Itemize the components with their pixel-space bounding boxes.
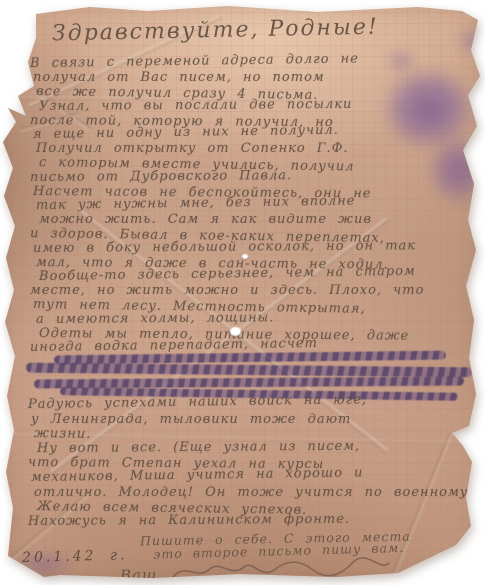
censor-bar <box>54 351 446 365</box>
crease-horizontal-top <box>10 96 470 103</box>
letter-line: месте, но жить можно и здесь. Плохо, что <box>30 284 424 298</box>
letter-line: тут нет лесу. Местность открытая, <box>33 298 425 318</box>
crease-bottom-right-fold <box>392 432 453 574</box>
letter-line: Насчет часов не беспокойтесь, они не <box>33 185 424 202</box>
letter-line: Одеты мы тепло, питание хорошее, даже <box>39 327 424 344</box>
crease-diagonal-b <box>51 218 389 474</box>
censored-lines-block <box>26 352 470 402</box>
paper-hole-center <box>230 327 241 336</box>
letter-line: после той, которую я получил, но <box>30 114 424 131</box>
paper-shadow-wrap: Здравствуйте, Родные! В связи с перемено… <box>0 0 485 585</box>
letter-paper: Здравствуйте, Родные! В связи с перемено… <box>0 0 485 585</box>
ink-stain-large <box>381 66 476 151</box>
letter-line: так уж нужны мне, без них вполне <box>36 194 425 214</box>
ink-stain-edge <box>462 28 480 54</box>
signature-scribble <box>171 553 392 585</box>
letter-line: с которым вместе учились, получил <box>39 156 425 176</box>
letter-line: Желаю всем всяческих успехов. <box>37 500 474 521</box>
postscript-line: Пишите о себе. С этого места <box>140 529 411 549</box>
squared-paper-grid <box>0 0 485 585</box>
letter-line: Получил открытку от Сопенко Г.Ф. <box>36 142 424 156</box>
crease-crumple-2 <box>19 113 78 132</box>
letter-line: можно жить. Сам я как видите жив <box>39 213 424 227</box>
letter-line: иногда водка перепадает, насчет <box>30 336 425 356</box>
crease-crumple-1 <box>33 88 93 131</box>
letter-line: Вообще-то здесь серьезнее, чем на старом <box>39 265 425 285</box>
letter-heading: Здравствуйте, Родные! <box>52 15 379 47</box>
crease-diagonal-a <box>77 208 388 452</box>
letter-body-part1: В связи с переменой адреса долго неполуч… <box>30 57 424 355</box>
paper-hole-small <box>242 254 248 259</box>
letter-line: и здоров. Бывал в кое-каких переплетах, <box>30 227 425 247</box>
crease-top-left-fold <box>29 15 223 108</box>
ink-stain-lobe <box>428 135 485 205</box>
ink-stain-bottom-left <box>14 552 72 578</box>
letter-line: Ну вот и все. (Еще узнал из писем, <box>37 439 474 457</box>
censor-bar <box>26 363 472 378</box>
date-note: это второе письмо пишу вам. <box>153 540 404 563</box>
letter-line: Узнал, что вы послали две посылки <box>39 97 424 114</box>
letter-line: В связи с переменой адреса долго не <box>30 51 425 71</box>
letter-line: мал, что я даже в сан-часть не ходил. <box>36 256 424 273</box>
letter-line: Радуюсь успехами наших войск на юге, <box>28 392 474 413</box>
censor-bar <box>60 387 458 401</box>
letter-line: механиков, Миша учится на хорошо и <box>31 465 474 486</box>
crease-horizontal-bottom <box>0 433 470 444</box>
letter-line: у Ленинграда, тыловики тоже дают <box>31 413 473 428</box>
signature-row: Ваш <box>120 553 392 585</box>
date-row: 20.1.42 г. это второе письмо пишу вам. <box>22 540 405 566</box>
letter-line: письмо от Дубровского Павла. <box>30 168 424 185</box>
letter-line: все же получил сразу 4 письма. <box>36 85 425 105</box>
ink-stain-left-edge <box>0 508 12 528</box>
letter-line: что брат Степан уехал на курсы <box>28 456 474 474</box>
censor-bar <box>34 376 464 388</box>
letter-line: отлично. Молодец! Он тоже учится по воен… <box>34 486 473 501</box>
letter-line: жизни. <box>34 427 474 448</box>
ink-stain-speck-top <box>388 50 414 72</box>
letter-date: 20.1.42 г. <box>22 547 128 566</box>
letter-line: а имеются холмы, лощины. <box>36 310 424 327</box>
letter-body-part2: Радуюсь успехами наших войск на юге,у Ле… <box>28 398 473 529</box>
crease-bottom-left-fold <box>11 488 95 559</box>
letter-line: я еще ни одну из них не получил. <box>33 123 425 143</box>
scanned-letter: Здравствуйте, Родные! В связи с перемено… <box>0 0 485 585</box>
letter-line: получал от Вас писем, но потом <box>33 71 424 85</box>
letter-line: Нахожусь я на Калининском фронте. <box>28 512 474 530</box>
signature-word: Ваш <box>120 565 158 584</box>
letter-line: имею в боку небольшой осколок, но он так <box>33 239 424 256</box>
